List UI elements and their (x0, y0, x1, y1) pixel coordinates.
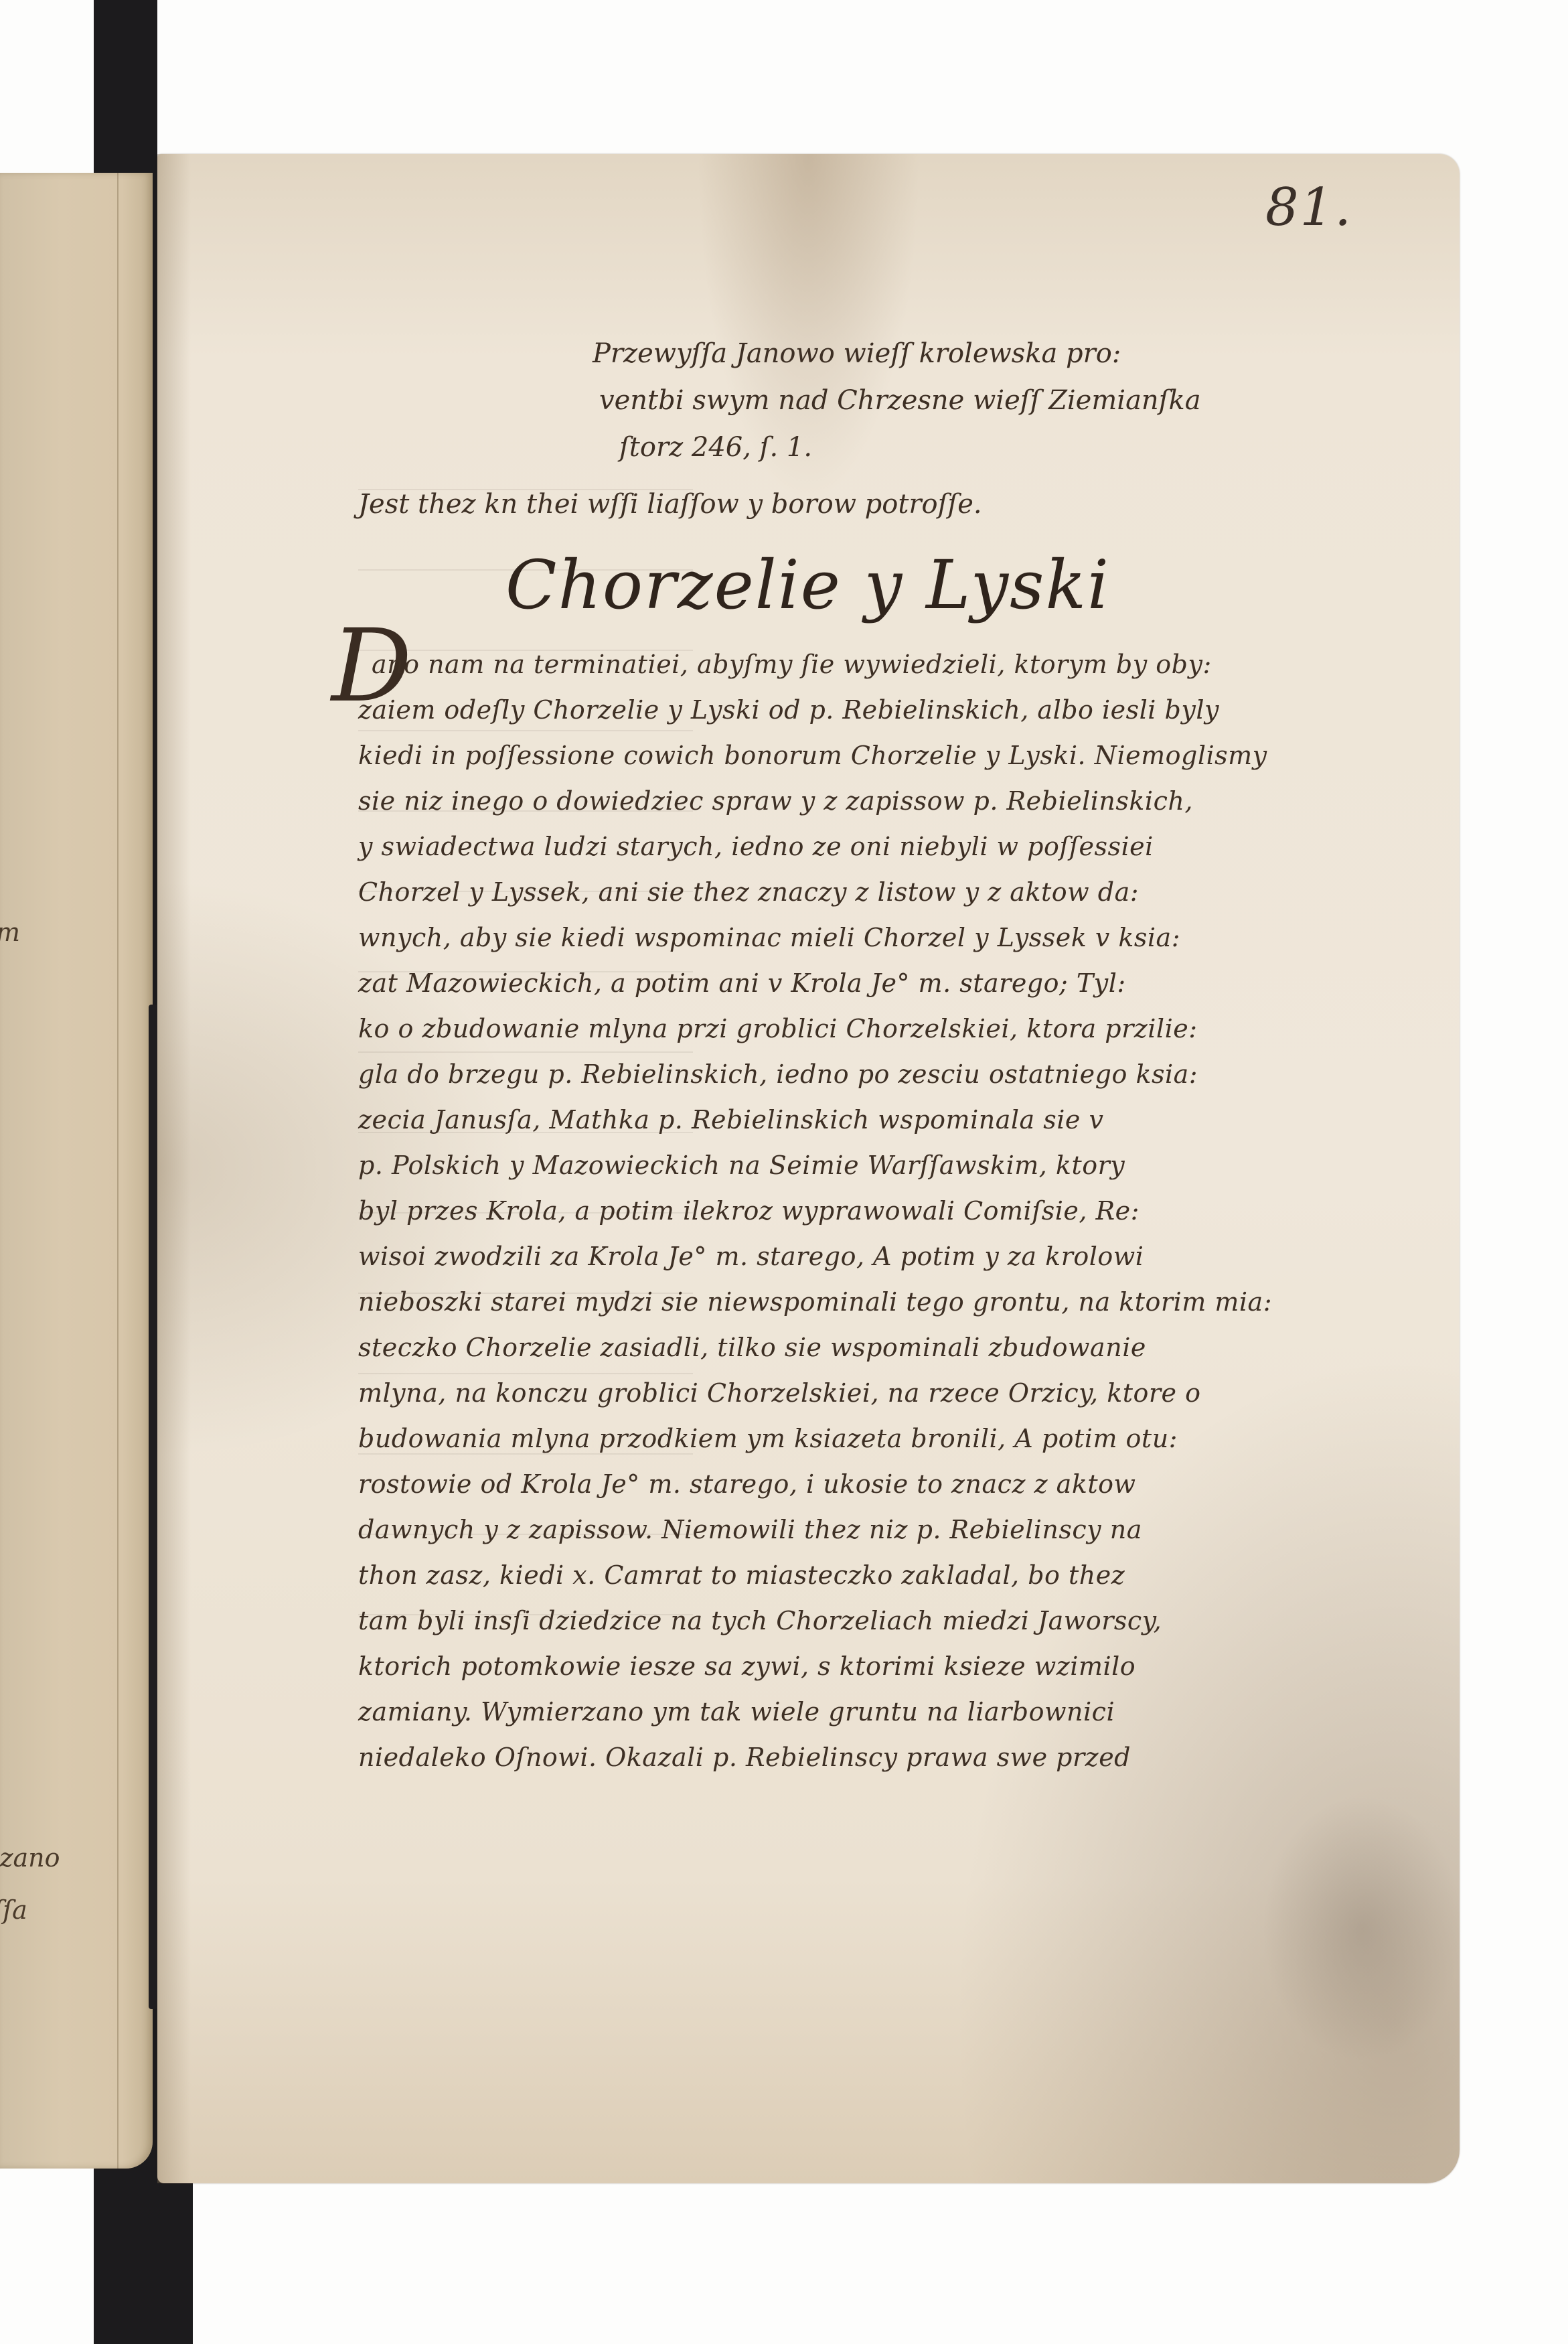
heading-note-line: ventbi swym nad Chrzesne wieſſ Ziemianſk… (599, 385, 1201, 416)
text-line: byl przes Krola, a potim ilekroz wyprawo… (358, 1196, 1140, 1226)
text-line: zat Mazowieckich, a potim ani v Krola Je… (358, 968, 1126, 998)
left-leaf-fragment: szano (0, 1843, 60, 1873)
left-leaf-fragment: ſſa (0, 1895, 27, 1925)
text-line: tam byli insſi dziedzice na tych Chorzel… (358, 1606, 1162, 1635)
text-line: zaiem odeſly Chorzelie y Lyski od p. Reb… (358, 695, 1219, 725)
text-line: ano nam na terminatiei, abyſmy ſie wywie… (372, 650, 1212, 679)
manuscript-page: 81. Przewyſſa Janowo wieſſ krolewska pro… (157, 154, 1460, 2183)
text-line: y swiadectwa ludzi starych, iedno ze oni… (358, 832, 1154, 861)
side-note: Jest thez kn thei wſſi liaſſow y borow p… (358, 489, 982, 520)
text-line: budowania mlyna przodkiem ym ksiazeta br… (358, 1424, 1178, 1453)
text-line: sie niz inego o dowiedziec spraw y z zap… (358, 786, 1193, 816)
text-line: kiedi in poſſessione cowich bonorum Chor… (358, 741, 1267, 770)
text-line: ktorich potomkowie iesze sa zywi, s ktor… (358, 1652, 1135, 1681)
heading-note-line: Przewyſſa Janowo wieſſ krolewska pro: (593, 338, 1121, 369)
text-line: gla do brzegu p. Rebielinskich, iedno po… (358, 1059, 1198, 1089)
text-line: mlyna, na konczu groblici Chorzelskiei, … (358, 1378, 1201, 1408)
text-line: steczko Chorzelie zasiadli, tilko sie ws… (358, 1333, 1146, 1362)
left-leaf-fragment: m (0, 918, 20, 947)
text-line: ko o zbudowanie mlyna przi groblici Chor… (358, 1014, 1198, 1043)
previous-leaf: m szano ſſa (0, 173, 153, 2169)
text-line: rostowie od Krola Je° m. starego, i ukos… (358, 1469, 1136, 1499)
text-line: thon zasz, kiedi x. Camrat to miasteczko… (358, 1560, 1125, 1590)
leaf-fold-line (117, 173, 119, 2169)
text-line: nieboszki starei mydzi sie niewspominali… (358, 1287, 1272, 1317)
text-line: zecia Janusſa, Mathka p. Rebielinskich w… (358, 1105, 1103, 1134)
text-line: zamiany. Wymierzano ym tak wiele gruntu … (358, 1697, 1115, 1727)
gutter-crack (149, 1005, 158, 2009)
text-line: dawnych y z zapissow. Niemowili thez niz… (358, 1515, 1142, 1544)
text-line: p. Polskich y Mazowieckich na Seimie War… (358, 1151, 1125, 1180)
text-line: wnych, aby sie kiedi wspominac mieli Cho… (358, 923, 1180, 952)
text-line: niedaleko Oſnowi. Okazali p. Rebielinscy… (358, 1743, 1131, 1772)
folio-number: 81. (1265, 177, 1352, 238)
paper-stain (1262, 1795, 1463, 2063)
section-title: Chorzelie y Lyski (505, 546, 1110, 624)
text-line: wisoi zwodzili za Krola Je° m. starego, … (358, 1242, 1144, 1271)
text-line: Chorzel y Lyssek, ani sie thez znaczy z … (358, 877, 1139, 907)
heading-note-line: ſtorz 246, ſ. 1. (619, 432, 812, 463)
